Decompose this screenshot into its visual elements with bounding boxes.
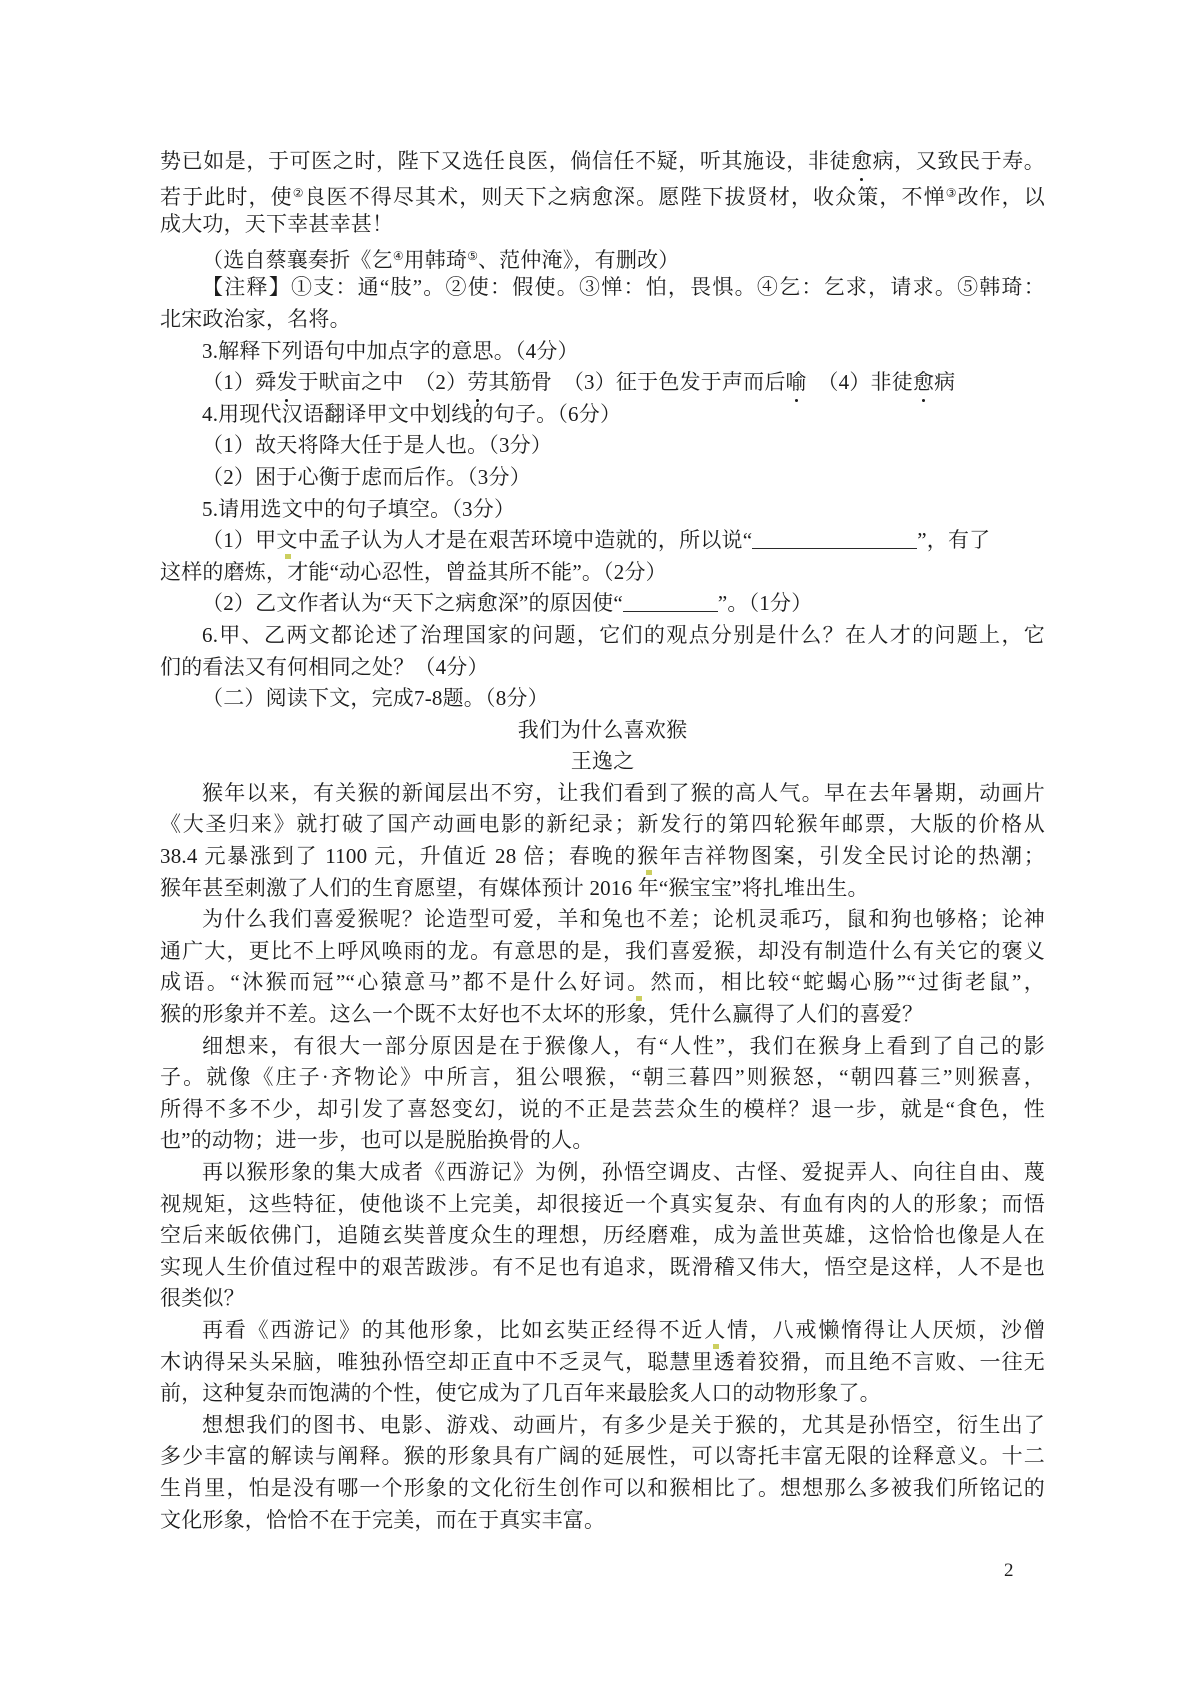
essay-line: 也”的动物；进一步，也可以是脱胎换骨的人。	[160, 1125, 1045, 1157]
text-run: （2）困于心衡于虑而后作。（3分）	[202, 465, 531, 489]
text-run: （选自蔡襄奏折《乞	[202, 248, 393, 272]
text-run: 通广大，更比不上呼风唤雨的龙。有意思的是，我们喜爱猴，却没有制造什么有关它的褒义	[160, 939, 1045, 963]
source-line: （选自蔡襄奏折《乞④用韩琦⑤、范仲淹》，有删改）	[160, 241, 1045, 273]
essay-line: 成语。“沐猴而冠”“心猿意马”都不是什么好词。然而，相比较“蛇蝎心肠”“过街老鼠…	[160, 967, 1045, 999]
text-run: 、范仲淹》，有删改）	[478, 248, 680, 272]
text-run: 细想来，有很大一部分原因是在于猴像人，有“人性”，我们在猴身上看到了自己的影	[202, 1034, 1045, 1058]
text-run: 情，八戒懒惰得让人厌烦，沙僧	[725, 1318, 1045, 1342]
question-line: （1）甲文中孟子认为人才是在艰苦环境中造就的，所以说“”，有了	[160, 525, 1045, 557]
text-run: 猴年甚至刺激了人们的生育愿望，有媒体预计 2016 年“猴宝宝”将扎堆出生。	[160, 876, 869, 900]
essay-line: 《大圣归来》就打破了国产动画电影的新纪录；新发行的第四轮猴年邮票，大版的价格从	[160, 809, 1045, 841]
text-run: 【注释】①支：通“肢”。②使：假使。③惮：怕，畏惧。④乞：乞求，请求。⑤韩琦：	[202, 275, 1045, 299]
essay-line: 再以猴形象的集大成者《西游记》为例，孙悟空调皮、古怪、爱捉弄人、向往自由、蔑	[160, 1157, 1045, 1189]
text-run: 良医不得尽其术，则天下之病愈深。愿陛下拔贤材，收众策，不惮	[304, 185, 945, 209]
question-line: 4.用现代汉语翻译甲文中划线的句子。（6分）	[160, 399, 1045, 431]
question-line: （2）乙文作者认为“天下之病愈深”的原因使“”。（1分）	[160, 588, 1045, 620]
essay-line: 前，这种复杂而饱满的个性，使它成为了几百年来最脍炙人口的动物形象了。	[160, 1378, 1045, 1410]
essay-line: 视规矩，这些特征，使他谈不上完美，却很接近一个真实复杂、有血有肉的人的形象；而悟	[160, 1189, 1045, 1221]
essay-line: 想想我们的图书、电影、游戏、动画片，有多少是关于猴的，尤其是孙悟空，衍生出了	[160, 1410, 1045, 1442]
text-run: 猴的形象并不差。这么一个既不太好也不太坏的形象，凭什么赢得了人们的喜爱？	[160, 1002, 923, 1026]
essay-line: 子。就像《庄子·齐物论》中所言，狙公喂猴，“朝三暮四”则猴怒，“朝四暮三”则猴喜…	[160, 1062, 1045, 1094]
highlight-mark: 文	[276, 525, 297, 557]
text-run: 所得不多不少，却引发了喜怒变幻，说的不正是芸芸众生的模样？退一步，就是“食色，性	[160, 1097, 1045, 1121]
essay-line: 为什么我们喜爱猴呢？论造型可爱，羊和兔也不差；论机灵乖巧，鼠和狗也够格；论神	[160, 904, 1045, 936]
text-run: 4.用现代汉语翻译甲文中划线的句子。（6分）	[202, 402, 621, 426]
emphasized-char: 愈	[851, 146, 872, 178]
question-line: （1）故天将降大任于是人也。（3分）	[160, 430, 1045, 462]
question-line: 5.请用选文中的句子填空。（3分）	[160, 494, 1045, 526]
essay-line: 再看《西游记》的其他形象，比如玄奘正经得不近人情，八戒懒惰得让人厌烦，沙僧	[160, 1315, 1045, 1347]
text-run: （4）非徒	[807, 370, 913, 394]
footnote-ref: ②	[293, 186, 305, 200]
footnote-ref: ③	[946, 186, 958, 200]
text-run: （1）舜	[202, 370, 276, 394]
text-run: 这样的磨炼，才能“动心忍性，曾益其所不能”。（2分）	[160, 560, 667, 584]
text-run: 其筋骨 （3）征于色发于声而后	[489, 370, 786, 394]
essay-line: 空后来皈依佛门，追随玄奘普度众生的理想，历经磨难，成为盖世英雄，这恰恰也像是人在	[160, 1220, 1045, 1252]
page-number: 2	[1004, 1560, 1014, 1582]
emphasized-char: 劳	[467, 367, 488, 399]
question-line: （1）舜发于畎亩之中 （2）劳其筋骨 （3）征于色发于声而后喻 （4）非徒愈病	[160, 367, 1045, 399]
essay-line: 猴年甚至刺激了人们的生育愿望，有媒体预计 2016 年“猴宝宝”将扎堆出生。	[160, 873, 1045, 905]
answer-blank[interactable]	[752, 533, 917, 549]
essay-line: 生肖里，怕是没有哪一个形象的文化衍生创作可以和猴相比了。想想那么多被我们所铭记的	[160, 1473, 1045, 1505]
highlight-mark: 猴	[637, 841, 658, 873]
document-lines: 势已如是，于可医之时，陛下又选任良医，倘信任不疑，听其施设，非徒愈病，又致民于寿…	[160, 146, 1045, 1536]
highlight-mark: 人	[704, 1315, 725, 1347]
text-run: 用韩琦	[404, 248, 468, 272]
essay-line: 猴的形象并不差。这么一个既不太好也不太坏的形象，凭什么赢得了人们的喜爱？	[160, 999, 1045, 1031]
text-run: 为什么我们喜爱猴呢？论造型可爱，羊和兔也不差；论机灵乖巧，鼠和狗也够格；论神	[202, 907, 1045, 931]
text-run: 《大圣归来》就打破了国产动画电影的新纪录；新发行的第四轮猴年邮票，大版的价格从	[160, 812, 1045, 836]
text-run: 也”的动物；进一步，也可以是脱胎换骨的人。	[160, 1128, 594, 1152]
text-run: 生肖里，怕是没有哪一个形象的文化衍生创作可以和猴相比了。想想那么多被我们所铭记的	[160, 1476, 1045, 1500]
text-run: 木讷得呆头呆脑，唯独孙悟空却正直中不乏灵气，聪慧里透着狡猾，而且绝不言败、一往无	[160, 1350, 1045, 1374]
emphasized-char: 愈	[913, 367, 934, 399]
text-run: 猴年以来，有关猴的新闻层出不穷，让我们看到了猴的高人气。早在去年暑期，动画片	[202, 781, 1045, 805]
essay-line: 38.4 元暴涨到了 1100 元，升值近 28 倍；春晚的猴年吉祥物图案，引发…	[160, 841, 1045, 873]
text-run: 再以猴形象的集大成者《西游记》为例，孙悟空调皮、古怪、爱捉弄人、向往自由、蔑	[202, 1160, 1045, 1184]
passage-line: 若于此时，使②良医不得尽其术，则天下之病愈深。愿陛下拔贤材，收众策，不惮③改作，…	[160, 178, 1045, 210]
emphasized-char: 发	[276, 367, 297, 399]
passage-line: 势已如是，于可医之时，陛下又选任良医，倘信任不疑，听其施设，非徒愈病，又致民于寿…	[160, 146, 1045, 178]
essay-line: 文化形象，恰恰不在于完美，而在于真实丰富。	[160, 1505, 1045, 1537]
text-run: 5.请用选文中的句子填空。（3分）	[202, 497, 515, 521]
text-run: （1）故天将降大任于是人也。（3分）	[202, 433, 552, 457]
essay-author: 王逸之	[160, 746, 1045, 778]
text-run: 王逸之	[571, 749, 635, 773]
text-run: 病	[934, 370, 955, 394]
essay-line: 实现人生价值过程中的艰苦跋涉。有不足也有追求，既滑稽又伟大，悟空是这样，人不是也	[160, 1252, 1045, 1284]
text-run: 然而，相比较“蛇蝎心肠”“过街老鼠”，	[648, 970, 1045, 994]
text-run: （1）甲	[202, 528, 276, 552]
text-run: 视规矩，这些特征，使他谈不上完美，却很接近一个真实复杂、有血有肉的人的形象；而悟	[160, 1192, 1045, 1216]
text-run: （二）阅读下文，完成7-8题。（8分）	[202, 686, 549, 710]
question-line: （2）困于心衡于虑而后作。（3分）	[160, 462, 1045, 494]
text-run: 若于此时，使	[160, 185, 293, 209]
emphasized-char: 喻	[786, 367, 807, 399]
question-line: 3.解释下列语句中加点字的意思。（4分）	[160, 336, 1045, 368]
text-run: 们的看法又有何相同之处？（4分）	[160, 655, 489, 679]
essay-title: 我们为什么喜欢猴	[160, 715, 1045, 747]
text-run: 子。就像《庄子·齐物论》中所言，狙公喂猴，“朝三暮四”则猴怒，“朝四暮三”则猴喜…	[160, 1065, 1045, 1089]
footnote-ref: ④	[393, 249, 404, 263]
text-run: 多少丰富的解读与阐释。猴的形象具有广阔的延展性，可以寄托丰富无限的诠释意义。十二	[160, 1444, 1045, 1468]
essay-line: 猴年以来，有关猴的新闻层出不穷，让我们看到了猴的高人气。早在去年暑期，动画片	[160, 778, 1045, 810]
note-line: 【注释】①支：通“肢”。②使：假使。③惮：怕，畏惧。④乞：乞求，请求。⑤韩琦：	[160, 272, 1045, 304]
highlight-mark: 。	[627, 967, 648, 999]
text-run: 文化形象，恰恰不在于完美，而在于真实丰富。	[160, 1508, 605, 1532]
question-line: 6.甲、乙两文都论述了治理国家的问题，它们的观点分别是什么？在人才的问题上，它	[160, 620, 1045, 652]
answer-blank[interactable]	[623, 596, 718, 612]
text-run: 我们为什么喜欢猴	[518, 718, 688, 742]
essay-line: 细想来，有很大一部分原因是在于猴像人，有“人性”，我们在猴身上看到了自己的影	[160, 1031, 1045, 1063]
passage-line: 成大功，天下幸甚幸甚！	[160, 209, 1045, 241]
note-line: 北宋政治家，名将。	[160, 304, 1045, 336]
text-run: 病，又致民于寿。	[872, 149, 1045, 173]
text-run: 再看《西游记》的其他形象，比如玄奘正经得不近	[202, 1318, 704, 1342]
footnote-ref: ⑤	[467, 249, 478, 263]
text-run: 实现人生价值过程中的艰苦跋涉。有不足也有追求，既滑稽又伟大，悟空是这样，人不是也	[160, 1255, 1045, 1279]
essay-line: 所得不多不少，却引发了喜怒变幻，说的不正是芸芸众生的模样？退一步，就是“食色，性	[160, 1094, 1045, 1126]
text-run: 势已如是，于可医之时，陛下又选任良医，倘信任不疑，听其施设，非徒	[160, 149, 851, 173]
text-run: 38.4 元暴涨到了 1100 元，升值近 28 倍；春晚的	[160, 844, 637, 868]
text-run: 空后来皈依佛门，追随玄奘普度众生的理想，历经磨难，成为盖世英雄，这恰恰也像是人在	[160, 1223, 1045, 1247]
essay-line: 通广大，更比不上呼风唤雨的龙。有意思的是，我们喜爱猴，却没有制造什么有关它的褒义	[160, 936, 1045, 968]
text-run: 想想我们的图书、电影、游戏、动画片，有多少是关于猴的，尤其是孙悟空，衍生出了	[202, 1413, 1045, 1437]
question-line: 们的看法又有何相同之处？（4分）	[160, 652, 1045, 684]
text-run: 很类似？	[160, 1286, 245, 1310]
text-run: ”。（1分）	[718, 591, 813, 615]
text-run: 前，这种复杂而饱满的个性，使它成为了几百年来最脍炙人口的动物形象了。	[160, 1381, 881, 1405]
text-run: 成大功，天下幸甚幸甚！	[160, 212, 393, 236]
text-run: 6.甲、乙两文都论述了治理国家的问题，它们的观点分别是什么？在人才的问题上，它	[202, 623, 1045, 647]
essay-line: 多少丰富的解读与阐释。猴的形象具有广阔的延展性，可以寄托丰富无限的诠释意义。十二	[160, 1441, 1045, 1473]
text-run: 北宋政治家，名将。	[160, 307, 351, 331]
text-run: 改作，以	[957, 185, 1045, 209]
text-run: 中孟子认为人才是在艰苦环境中造就的，所以说“	[298, 528, 753, 552]
section-line: （二）阅读下文，完成7-8题。（8分）	[160, 683, 1045, 715]
text-run: （2）乙文作者认为“天下之病愈深”的原因使“	[202, 591, 623, 615]
essay-line: 木讷得呆头呆脑，唯独孙悟空却正直中不乏灵气，聪慧里透着狡猾，而且绝不言败、一往无	[160, 1347, 1045, 1379]
text-run: 3.解释下列语句中加点字的意思。（4分）	[202, 339, 579, 363]
text-run: 年吉祥物图案，引发全民讨论的热潮；	[658, 844, 1045, 868]
text-run: 成语。“沐猴而冠”“心猿意马”都不是什么好词	[160, 970, 627, 994]
exam-paper-page: 势已如是，于可医之时，陛下又选任良医，倘信任不疑，听其施设，非徒愈病，又致民于寿…	[0, 0, 1200, 1698]
essay-line: 很类似？	[160, 1283, 1045, 1315]
text-run: ”，有了	[917, 528, 990, 552]
question-line: 这样的磨炼，才能“动心忍性，曾益其所不能”。（2分）	[160, 557, 1045, 589]
text-run: 于畎亩之中 （2）	[298, 370, 468, 394]
